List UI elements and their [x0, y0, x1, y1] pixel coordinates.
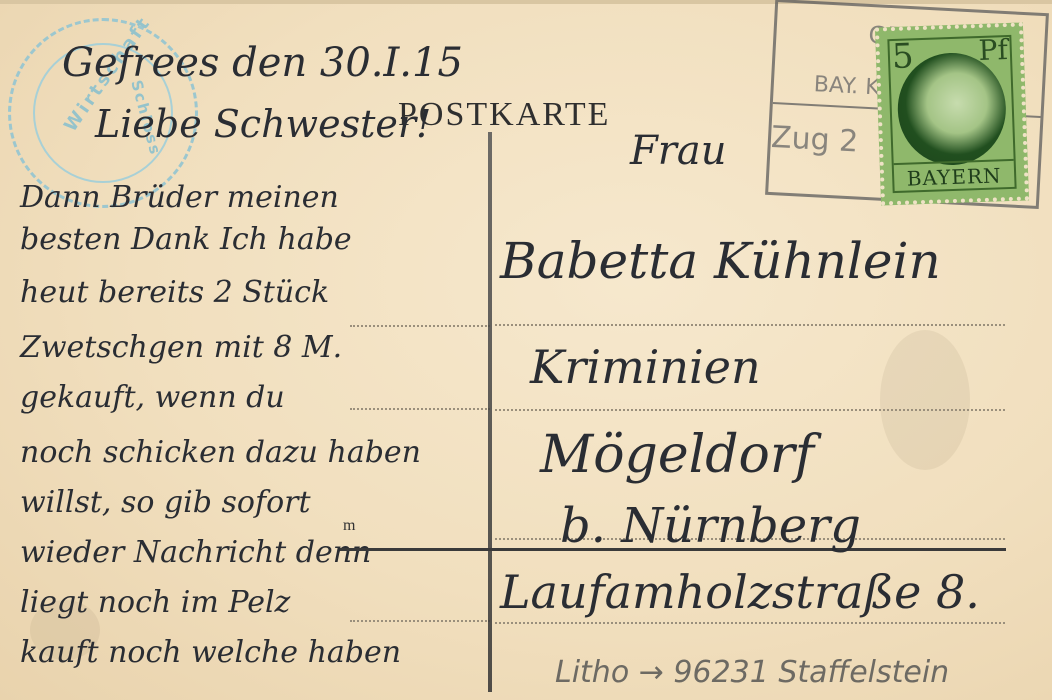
message-greeting: Liebe Schwester! [95, 102, 431, 146]
message-line: wieder Nachricht denn [20, 535, 371, 570]
address-title: Kriminien [530, 340, 761, 394]
dotted-rule [350, 408, 490, 410]
address-town: Mögeldorf [540, 425, 814, 485]
message-line: besten Dank Ich habe [20, 222, 352, 257]
stain [880, 330, 970, 470]
message-line: kauft noch welche haben [20, 635, 401, 670]
pencil-annotation: Litho → 96231 Staffelstein [555, 655, 949, 690]
cancellation-line-2: BAY. K [813, 72, 880, 100]
address-city: b. Nürnberg [560, 498, 861, 554]
address-salutation: Frau [630, 128, 726, 174]
card-edge [0, 0, 1052, 4]
message-line: Zwetschgen mit 8 M. [20, 330, 342, 365]
address-street: Laufamholzstraße 8. [500, 565, 980, 619]
message-line: liegt noch im Pelz [20, 585, 290, 620]
message-line: gekauft, wenn du [20, 380, 285, 415]
stamp-value: 5 [891, 36, 914, 77]
message-line: heut bereits 2 Stück [20, 275, 329, 310]
message-line: noch schicken dazu haben [20, 435, 421, 470]
message-date-line: Gefrees den 30.I.15 [62, 40, 463, 86]
postage-stamp: 5 Pf BAYERN [875, 22, 1029, 205]
address-rule [495, 324, 1005, 326]
dotted-rule [350, 620, 490, 622]
message-line: Dann Brüder meinen [20, 180, 339, 215]
address-rule [495, 409, 1005, 411]
corner-mark: m [343, 517, 355, 535]
message-line: willst, so gib sofort [20, 485, 311, 520]
address-name: Babetta Kühnlein [500, 232, 941, 290]
dotted-rule [350, 325, 490, 327]
vertical-divider [488, 132, 492, 692]
address-rule [495, 622, 1005, 624]
postcard: Wirtschaft Schloss POSTKARTE Gefrees den… [0, 0, 1052, 700]
stamp-unit: Pf [978, 33, 1008, 67]
cancellation-line-3: Zug 2 [770, 120, 859, 160]
stamp-country: BAYERN [894, 159, 1015, 191]
